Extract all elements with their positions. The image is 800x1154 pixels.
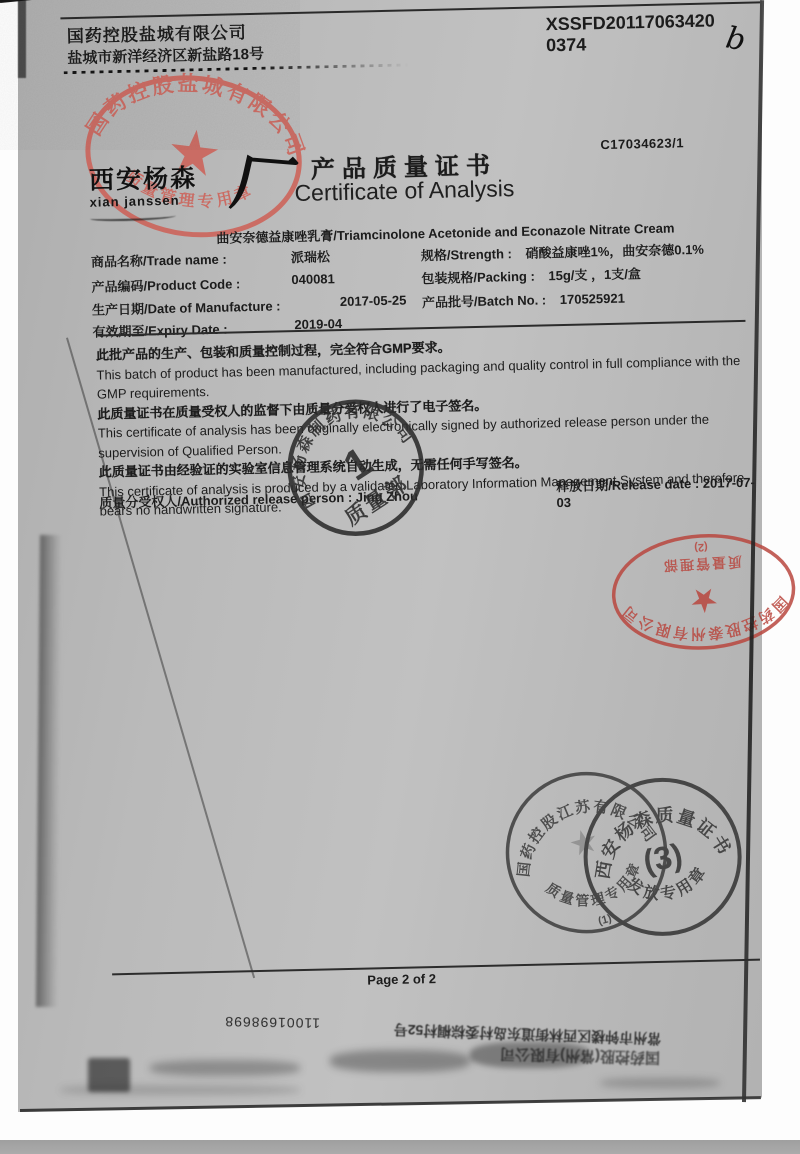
- red-mid-index: (2): [694, 541, 708, 554]
- red-taizhou-seal: 国药控股泰州有限公司 质量管理部 (2): [600, 516, 800, 667]
- manufacture-date-label: 生产日期/Date of Manufacture :: [92, 298, 281, 317]
- circulation-stamps: 国药控股江苏有限公司 质量管理专用章 (1) 西安杨森质量证书 (3) 发放专用…: [474, 758, 788, 950]
- issue-stamp-index: (3): [640, 836, 685, 879]
- trade-name-value: 派瑞松: [291, 246, 330, 266]
- reversed-serial-number: 11001698698: [150, 1013, 320, 1032]
- batch-no-value: 170525921: [560, 291, 625, 307]
- seal-star-icon: [568, 827, 599, 857]
- scan-edge-artifact-top-left: [18, 0, 26, 78]
- footer-rule: [112, 959, 760, 976]
- info-row-strength: 规格/Strength : 硝酸益康唑1%，曲安奈德0.1%: [421, 239, 704, 264]
- info-row-trade-name: 商品名称/Trade name : 派瑞松: [91, 249, 227, 271]
- release-date-label: 释放日期/Release date :: [556, 476, 699, 494]
- packing-label: 包装规格/Packing :: [421, 269, 535, 287]
- strength-value: 硝酸益康唑1%，曲安奈德0.1%: [525, 242, 704, 261]
- strength-label: 规格/Strength :: [421, 246, 512, 263]
- info-row-expiry-date: 有效期至/Expiry Date : 2019-04: [92, 319, 227, 341]
- qa-stamp-number: 1: [335, 437, 380, 489]
- ink-smudge: [330, 1050, 470, 1072]
- scanned-certificate: 国药控股盐城有限公司 盐城市新洋经济区新盐路18号 XSSFD201170634…: [0, 0, 800, 1154]
- scanner-background-band: [0, 1140, 800, 1154]
- manufacture-date-value: 2017-05-25: [340, 293, 407, 310]
- ink-smudge: [150, 1060, 300, 1076]
- info-row-packing: 包装规格/Packing : 15g/支 ，1支/盒: [421, 263, 641, 287]
- info-row-manufacture-date: 生产日期/Date of Manufacture : 2017-05-25: [92, 295, 281, 318]
- document-number-line2: 0374: [546, 31, 746, 57]
- ink-smudge: [60, 1085, 300, 1095]
- document-content: 国药控股盐城有限公司 盐城市新洋经济区新盐路18号 XSSFD201170634…: [30, 0, 779, 1110]
- release-date-row: 释放日期/Release date : 2017-07-03: [556, 471, 766, 510]
- product-code-value: 040081: [291, 271, 335, 287]
- document-number: XSSFD20117063420 0374: [545, 10, 746, 57]
- qa-stamp-dept: 质量部: [340, 471, 413, 531]
- red-mid-dept: 质量管理部: [662, 554, 743, 575]
- trade-name-label: 商品名称/Trade name :: [91, 252, 227, 270]
- batch-no-label: 产品批号/Batch No. :: [422, 292, 547, 310]
- ink-smudge: [600, 1078, 720, 1088]
- info-row-product-code: 产品编码/Product Code : 040081: [91, 273, 240, 295]
- info-row-batch-no: 产品批号/Batch No. : 170525921: [422, 288, 625, 312]
- page-number: Page 2 of 2: [367, 971, 436, 988]
- expiry-date-label: 有效期至/Expiry Date :: [92, 322, 227, 340]
- ink-smudge: [470, 1042, 590, 1068]
- packing-value: 15g/支 ，1支/盒: [548, 266, 641, 283]
- seal-star-icon: [691, 588, 718, 614]
- product-code-label: 产品编码/Product Code :: [91, 276, 240, 294]
